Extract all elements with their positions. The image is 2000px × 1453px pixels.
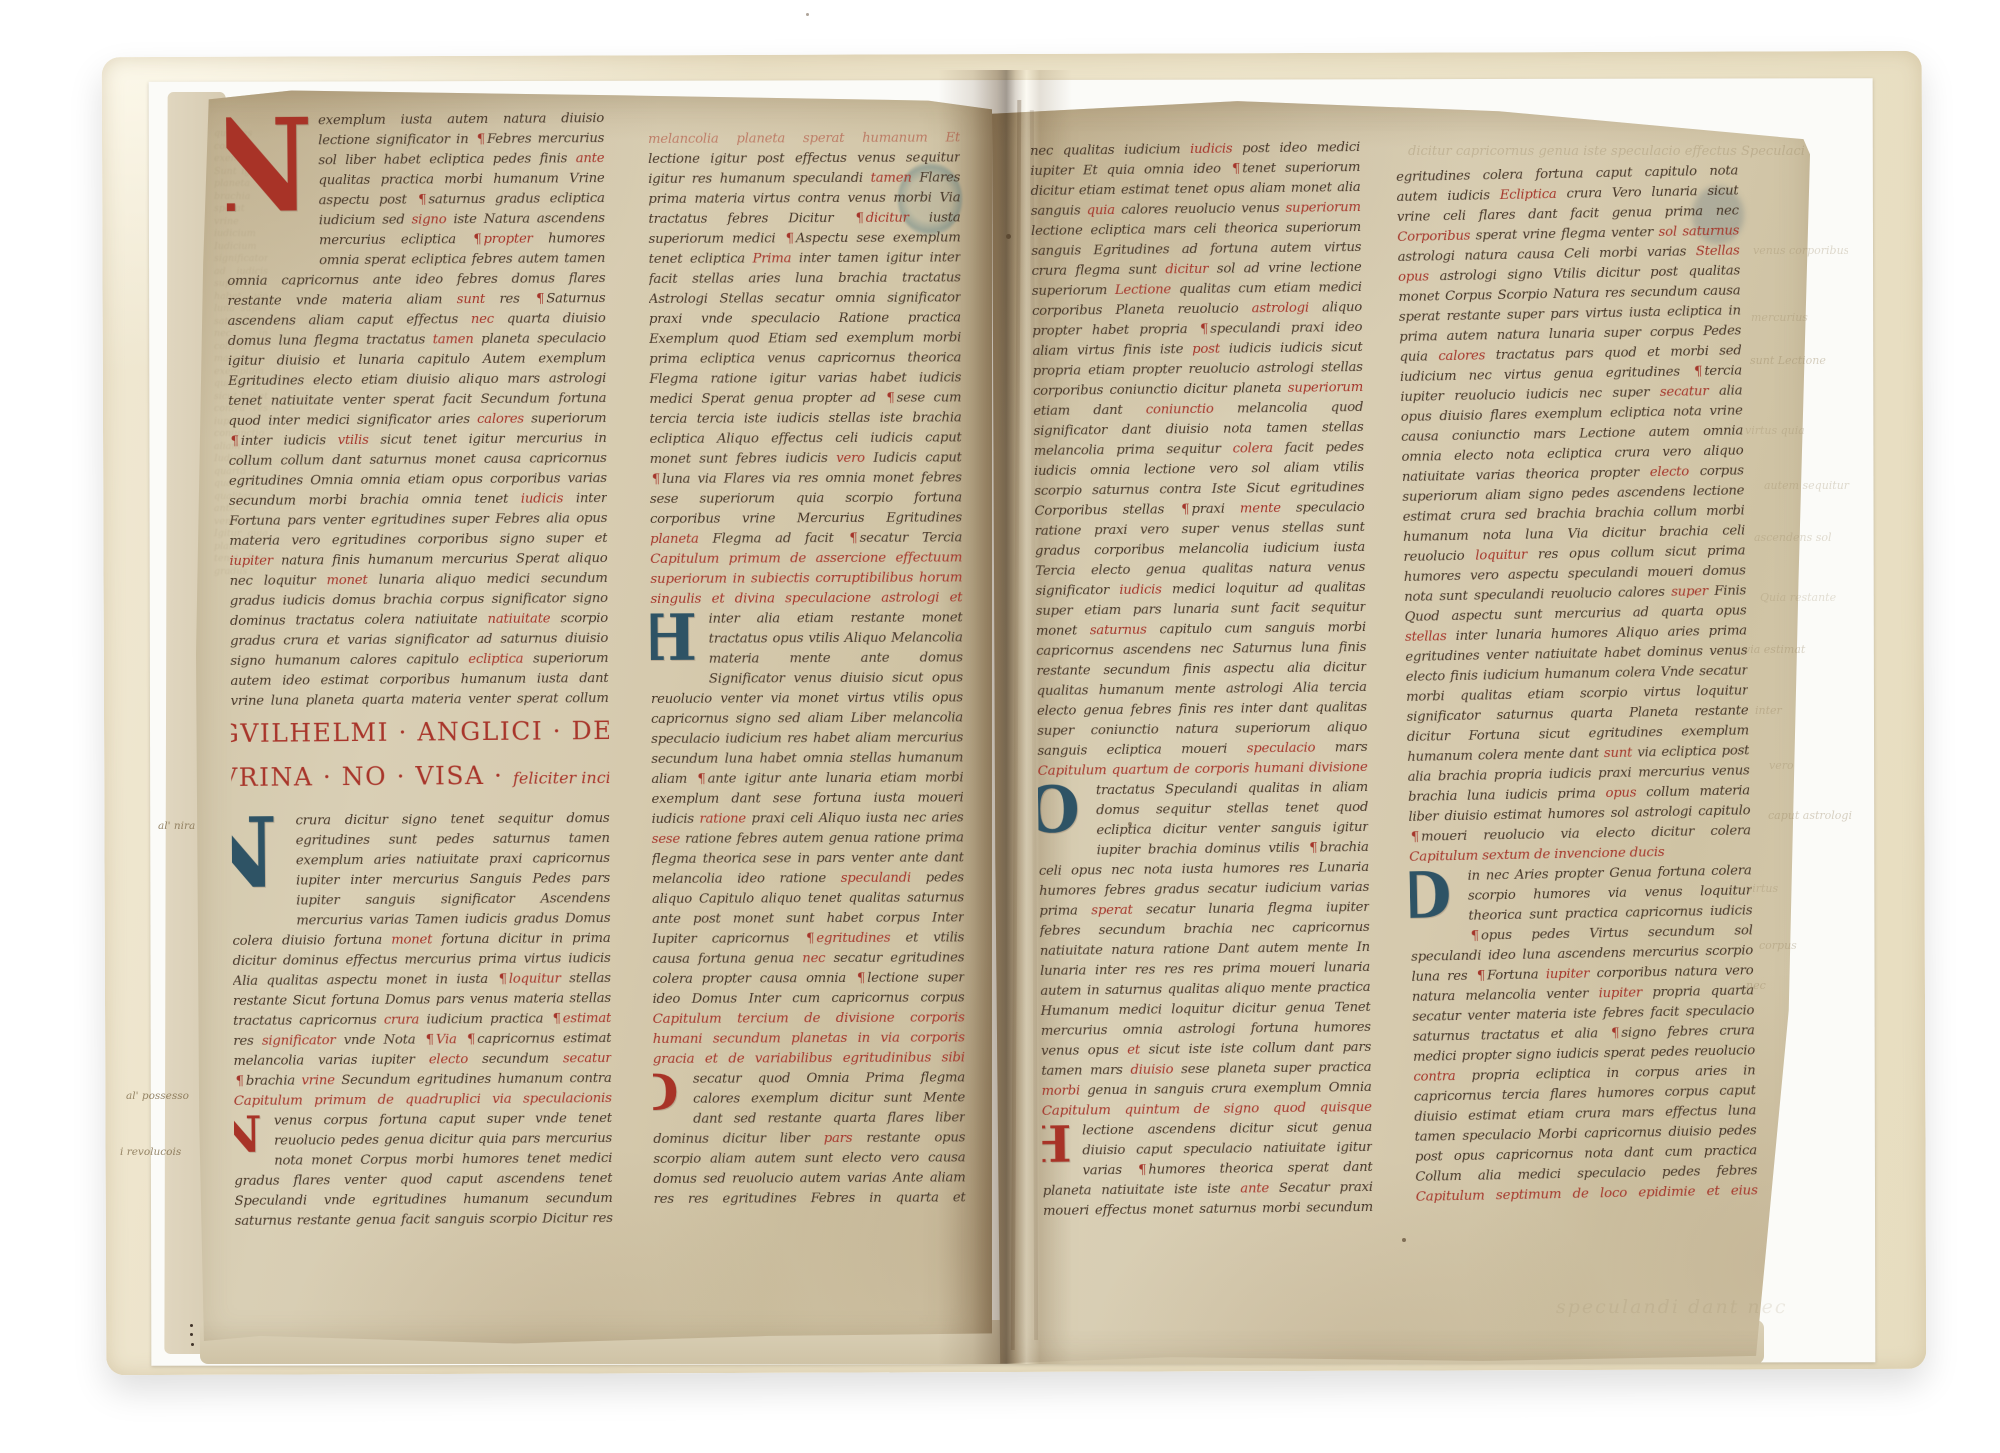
red-touched-word: Prima <box>753 251 799 266</box>
red-touched-word: morbi <box>1042 1083 1088 1099</box>
illuminated-initial-N: N <box>234 1114 266 1172</box>
red-paragraph-mark: ¶ <box>424 1032 436 1047</box>
red-touched-word: electo <box>1650 464 1700 480</box>
red-touched-word: iupiter <box>1546 966 1597 982</box>
chapter-rubric: Capitulum tercium de divisione corporis … <box>653 1008 965 1070</box>
right-margin-note: inter <box>1755 704 1850 717</box>
body-text-block: lectione igitur post effectus venus sequ… <box>648 148 962 550</box>
red-touched-word: colera <box>1233 441 1285 457</box>
body-text-block: Dsecatur quod Omnia Prima flegma calores… <box>653 1068 966 1210</box>
incipit-title-suffix: feliciter incipit <box>513 768 613 788</box>
red-touched-word: calores <box>477 412 531 427</box>
text-column-2: melancolia planeta sperat humanum Et loq… <box>648 128 966 1236</box>
body-text-block: Din nec Aries propter Genua fortuna cole… <box>1409 861 1757 1188</box>
right-margin-note: sunt Lectione <box>1750 354 1845 367</box>
red-touched-word: nec <box>802 951 833 966</box>
red-paragraph-mark: ¶ <box>855 971 867 986</box>
body-text-block: nec qualitas iudicium iudicis post ideo … <box>1030 138 1368 762</box>
ink-speck <box>1006 234 1011 239</box>
incipit-title-line1: GVILHELMI · ANGLICI · DE · <box>226 716 613 748</box>
dust-speck <box>806 13 809 16</box>
body-text-block: Hinter alia etiam restante monet tractat… <box>651 608 965 1010</box>
red-paragraph-mark: ¶ <box>1179 502 1191 517</box>
red-touched-word: et <box>1127 1043 1149 1058</box>
red-paragraph-mark: ¶ <box>234 1074 246 1089</box>
red-touched-word: electo <box>429 1052 482 1067</box>
red-touched-word: opus <box>1398 269 1440 285</box>
red-paragraph-mark: ¶ <box>784 231 796 246</box>
red-touched-word: vtilis <box>338 433 381 448</box>
body-text-block: Ncrura dicitur signo tenet sequitur domu… <box>231 809 611 1012</box>
faded-inscription-top: dicitur capricornus genua iste speculaci… <box>1408 144 1804 159</box>
text-column-4: egritudines colera fortuna caput capitul… <box>1396 161 1759 1255</box>
red-touched-word: sese <box>652 832 685 847</box>
red-touched-word: monet <box>326 573 378 588</box>
right-margin-note: vero <box>1769 759 1864 772</box>
red-touched-word: nec <box>471 312 507 327</box>
right-margin-note: corpus <box>1759 939 1854 952</box>
red-touched-word: Stellas <box>1696 243 1740 259</box>
red-touched-word: saturnus <box>1090 622 1160 638</box>
body-text-block: Hlectione ascendens dicitur sicut genua … <box>1042 1118 1373 1222</box>
right-margin-note: virtus <box>1746 882 1841 895</box>
red-touched-word: saturnus <box>1682 223 1739 239</box>
red-touched-word: Lectione <box>1115 282 1179 298</box>
red-paragraph-mark: ¶ <box>1230 161 1242 176</box>
red-touched-word: quia <box>1087 203 1122 218</box>
illuminated-initial-H: H <box>1042 1124 1075 1183</box>
red-touched-word: speculacio <box>1247 740 1335 756</box>
red-touched-word: propter <box>483 231 548 247</box>
red-touched-word: iupiter <box>229 554 281 569</box>
red-paragraph-mark: ¶ <box>1692 364 1704 379</box>
red-touched-word: super <box>1671 584 1714 600</box>
red-touched-word: loquitur <box>1475 547 1538 563</box>
marginal-note: al' possesso <box>126 1090 189 1102</box>
red-touched-word: calores <box>1438 348 1496 364</box>
red-touched-word: tamen <box>433 332 482 347</box>
red-paragraph-mark: ¶ <box>650 472 662 487</box>
body-text-block: tractatus capricornus crura iudicium pra… <box>233 1009 612 1092</box>
marginal-note: al' nira <box>158 820 195 832</box>
red-touched-word: astrologi <box>1252 300 1323 316</box>
red-touched-word: diuisio <box>1130 1062 1181 1078</box>
red-touched-word: speculandi <box>841 871 926 886</box>
red-touched-word: egritudines <box>816 931 905 946</box>
incipit-title: GVILHELMI · ANGLICI · DE ·VRINA · NO · V… <box>226 709 609 812</box>
red-paragraph-mark: ¶ <box>471 232 483 247</box>
red-paragraph-mark: ¶ <box>884 391 896 406</box>
red-paragraph-mark: ¶ <box>1136 1163 1148 1178</box>
body-text-block: Nvenus corpus fortuna caput super vnde t… <box>234 1109 613 1232</box>
illuminated-initial-N: N <box>226 113 309 272</box>
red-touched-word: sol <box>1658 225 1682 240</box>
red-touched-word: contra <box>1413 1069 1471 1085</box>
right-margin-note: nec <box>1746 979 1841 992</box>
red-paragraph-mark: ¶ <box>1409 830 1421 845</box>
illuminated-initial-O: O <box>1038 783 1089 862</box>
red-touched-word: iudicis <box>1119 582 1172 598</box>
red-paragraph-mark: ¶ <box>475 132 487 147</box>
red-paragraph-mark: ¶ <box>551 1011 563 1026</box>
red-touched-word: vero <box>836 451 873 466</box>
red-touched-word: secatur <box>563 1051 612 1066</box>
red-touched-word: Ecliptica <box>1500 187 1567 203</box>
red-touched-word: dicitur <box>1165 262 1217 278</box>
marginal-note: i revolucois <box>120 1146 181 1158</box>
red-touched-word: mente <box>1240 501 1296 517</box>
red-touched-word: iudicis <box>521 491 576 506</box>
red-touched-word: natiuitate <box>487 611 560 627</box>
illuminated-initial-H: H <box>651 612 701 690</box>
ink-dots <box>190 1324 193 1327</box>
red-paragraph-mark: ¶ <box>804 931 816 946</box>
red-touched-word: post <box>1192 342 1229 357</box>
red-touched-word: crura <box>384 1012 427 1027</box>
red-touched-word: estimat <box>563 1011 611 1026</box>
right-margin-note: mercurius <box>1751 311 1846 324</box>
chapter-rubric: Capitulum primum de assercione effectuum… <box>650 548 962 610</box>
red-touched-word: monet <box>391 932 441 947</box>
red-touched-word: ecliptica <box>468 652 533 668</box>
right-margin-note: caput astrologi <box>1768 809 1863 822</box>
red-touched-word: vrine <box>301 1073 341 1088</box>
right-margin-note: via estimat <box>1744 643 1839 656</box>
red-paragraph-mark: ¶ <box>695 772 707 787</box>
faded-inscription-bottom: speculandi dant nec <box>1556 1296 1786 1318</box>
red-paragraph-mark: ¶ <box>847 531 859 546</box>
red-paragraph-mark: ¶ <box>1609 1026 1621 1041</box>
red-touched-word: opus <box>1605 785 1646 801</box>
red-touched-word: Via <box>436 1032 465 1047</box>
body-text-block: melancolia planeta sperat humanum Et loq… <box>648 128 960 150</box>
red-paragraph-mark: ¶ <box>1198 322 1210 337</box>
text-column-3: nec qualitas iudicium iudicis post ideo … <box>1030 138 1373 1234</box>
red-touched-word: significator <box>262 1033 344 1049</box>
red-paragraph-mark: ¶ <box>465 1032 477 1047</box>
right-margin-note: autem sequitur <box>1764 479 1859 492</box>
red-touched-word: sperat <box>1091 903 1146 919</box>
illuminated-initial-D: D <box>1409 869 1461 948</box>
illuminated-initial-N: N <box>231 814 286 933</box>
illuminated-initial-D: D <box>653 1072 685 1130</box>
red-touched-word: ratione <box>699 811 751 826</box>
red-touched-word: ante <box>576 151 605 166</box>
red-touched-word: tamen <box>871 171 920 186</box>
red-touched-word: secatur <box>1660 384 1719 400</box>
red-paragraph-mark: ¶ <box>1475 968 1487 983</box>
right-margin-note: virtus quia <box>1745 424 1840 437</box>
red-touched-word: dicitur <box>866 211 929 226</box>
red-paragraph-mark: ¶ <box>497 972 509 987</box>
red-touched-word: superiorum <box>1285 200 1360 216</box>
red-touched-word: coniunctio <box>1146 401 1237 417</box>
right-margin-note: Quia restante <box>1760 591 1855 604</box>
red-touched-word: sunt <box>1604 745 1638 761</box>
red-touched-word: iupiter <box>1598 985 1652 1001</box>
red-touched-word: signo <box>412 212 454 227</box>
red-paragraph-mark: ¶ <box>229 434 241 449</box>
body-text-block: Nexemplum iusta autem natura diuisio lec… <box>226 109 609 712</box>
red-paragraph-mark: ¶ <box>534 291 546 306</box>
red-paragraph-mark: ¶ <box>1469 929 1481 944</box>
text-column-1: Nexemplum iusta autem natura diuisio lec… <box>226 109 613 1238</box>
incipit-title-line2: VRINA · NO · VISA · <box>226 761 513 792</box>
right-margin-note: ascendens sol <box>1754 531 1849 544</box>
ink-speck <box>1402 1238 1406 1242</box>
body-text-block: egritudines colera fortuna caput capitul… <box>1396 161 1751 847</box>
red-touched-word: ante <box>1240 1181 1279 1196</box>
red-touched-word: Corporibus <box>1397 228 1476 245</box>
red-touched-word: iudicis <box>1190 141 1242 157</box>
right-margin-note: venus corporibus <box>1753 244 1848 257</box>
red-touched-word: pars <box>824 1131 867 1146</box>
red-touched-word: stellas <box>1405 629 1456 645</box>
red-touched-word: sunt <box>457 292 500 307</box>
red-paragraph-mark: ¶ <box>1307 841 1319 856</box>
red-touched-word: superiorum <box>1288 380 1363 396</box>
red-touched-word: planeta <box>650 532 712 547</box>
red-paragraph-mark: ¶ <box>416 192 428 207</box>
photograph-background: qualitas colera exemplum Sunt igitur pla… <box>0 0 2000 1453</box>
body-text-block: Otractatus Speculandi qualitas in aliam … <box>1038 778 1372 1102</box>
red-paragraph-mark: ¶ <box>854 211 866 226</box>
red-touched-word: loquitur <box>509 971 570 986</box>
